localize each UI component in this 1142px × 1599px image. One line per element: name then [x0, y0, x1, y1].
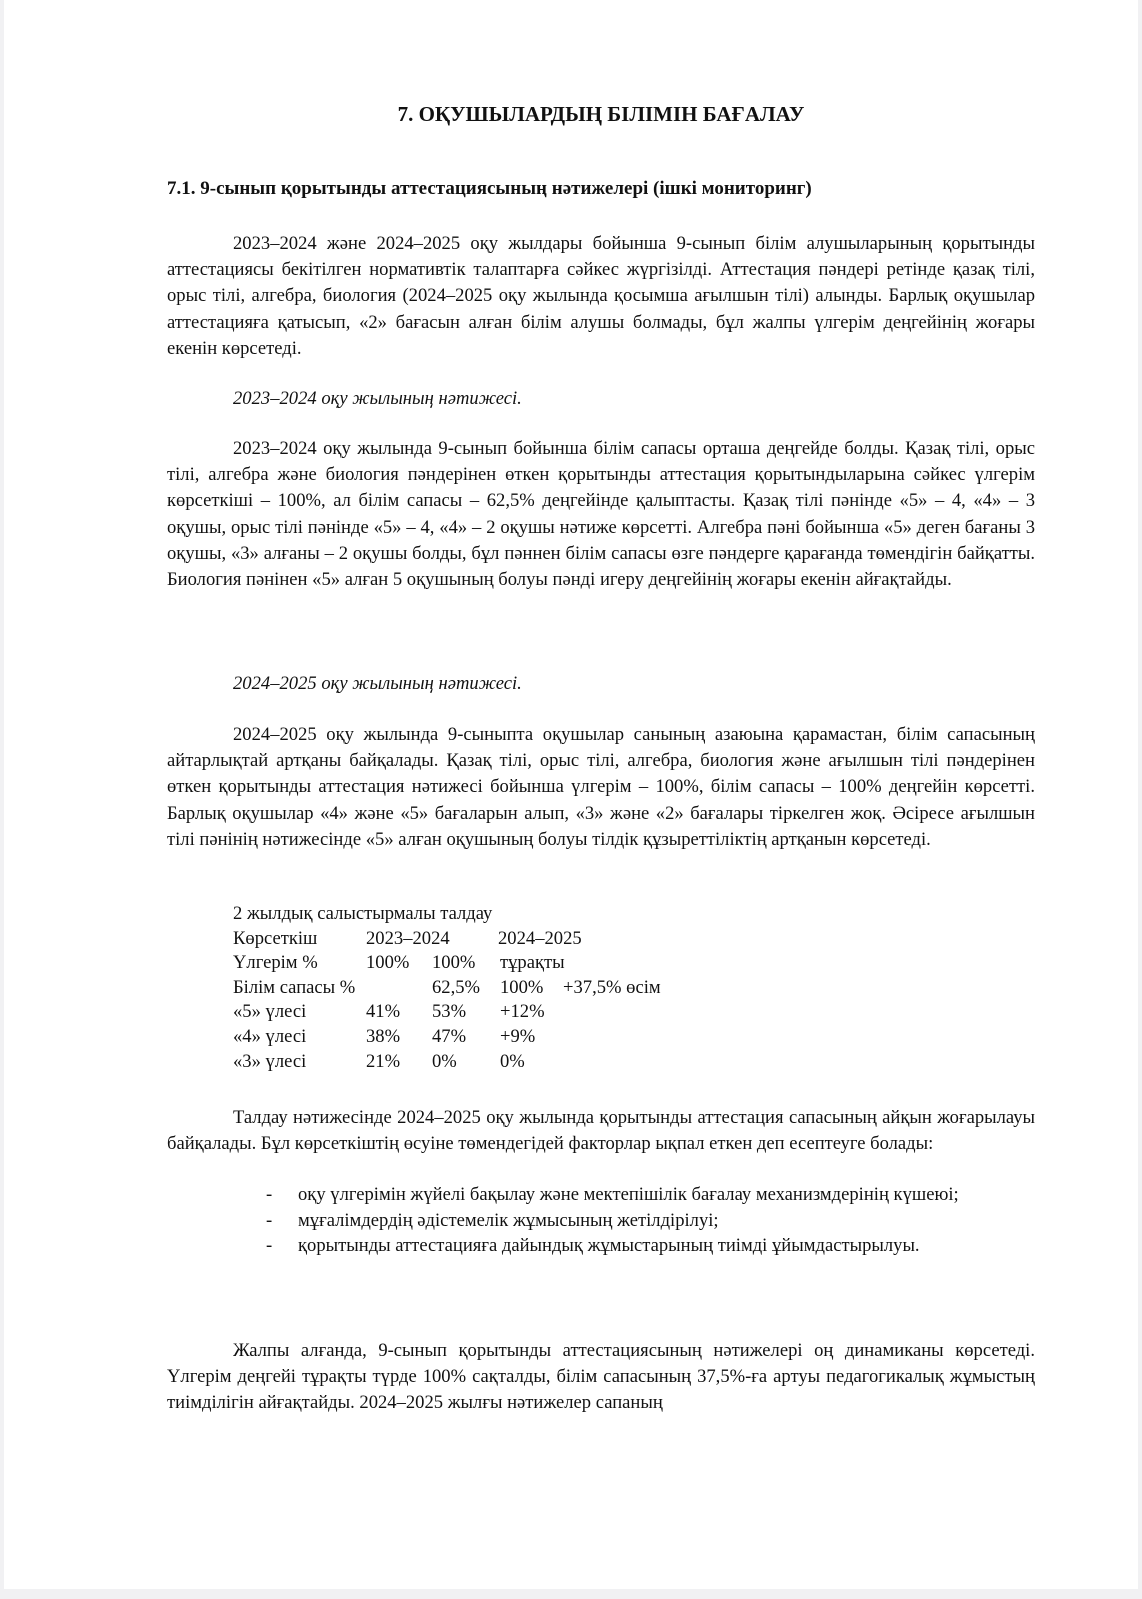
row-value: 62,5%: [432, 976, 500, 1001]
row-label: «5» үлесі: [233, 1000, 366, 1025]
row-value: тұрақты: [500, 951, 566, 976]
row-value: +12%: [500, 1000, 566, 1025]
list-item: - оқу үлгерімін жүйелі бақылау және мект…: [266, 1182, 1035, 1208]
section-title: 7. ОҚУШЫЛАРДЫҢ БІЛІМІН БАҒАЛАУ: [4, 100, 1138, 128]
year-2024-heading: 2024–2025 оқу жылының нәтижесі.: [233, 671, 522, 697]
row-value: 21%: [366, 1050, 432, 1075]
list-item: - қорытынды аттестацияға дайындық жұмыст…: [266, 1233, 1035, 1259]
year-2023-paragraph: 2023–2024 оқу жылында 9-сынып бойынша бі…: [167, 436, 1035, 593]
comparison-header-row: Көрсеткіш 2023–2024 2024–2025: [233, 927, 661, 952]
intro-paragraph: 2023–2024 және 2024–2025 оқу жылдары бой…: [167, 231, 1035, 362]
conclusion-paragraph: Жалпы алғанда, 9-сынып қорытынды аттеста…: [167, 1338, 1035, 1417]
comparison-row: «4» үлесі 38% 47% +9%: [233, 1025, 661, 1050]
row-label: «3» үлесі: [233, 1050, 366, 1075]
bullet-dash: -: [266, 1182, 272, 1208]
row-value: 53%: [432, 1000, 500, 1025]
year-2023-heading: 2023–2024 оқу жылының нәтижесі.: [233, 386, 522, 412]
row-value: 100%: [366, 951, 432, 976]
comparison-row: Үлгерім % 100% 100% тұрақты: [233, 951, 661, 976]
list-item: - мұғалімдердің әдістемелік жұмысының же…: [266, 1208, 1035, 1234]
factors-list: - оқу үлгерімін жүйелі бақылау және мект…: [266, 1182, 1035, 1259]
comparison-row: «5» үлесі 41% 53% +12%: [233, 1000, 661, 1025]
header-cell: 2024–2025: [498, 927, 564, 952]
bullet-dash: -: [266, 1233, 272, 1259]
comparison-caption: 2 жылдық салыстырмалы талдау: [233, 902, 661, 927]
subsection-title: 7.1. 9-сынып қорытынды аттестациясының н…: [167, 176, 812, 202]
row-value: 0%: [500, 1050, 566, 1075]
list-item-text: оқу үлгерімін жүйелі бақылау және мектеп…: [298, 1184, 959, 1205]
row-label: Білім сапасы %: [233, 976, 432, 1001]
list-item-text: мұғалімдердің әдістемелік жұмысының жеті…: [298, 1210, 719, 1231]
row-value: 100%: [432, 951, 500, 976]
row-value: 47%: [432, 1025, 500, 1050]
document-page: 7. ОҚУШЫЛАРДЫҢ БІЛІМІН БАҒАЛАУ 7.1. 9-сы…: [4, 0, 1138, 1589]
header-cell: Көрсеткіш: [233, 927, 366, 952]
analysis-paragraph: Талдау нәтижесінде 2024–2025 оқу жылында…: [167, 1105, 1035, 1157]
bullet-dash: -: [266, 1208, 272, 1234]
row-value: 38%: [366, 1025, 432, 1050]
year-2024-paragraph: 2024–2025 оқу жылында 9-сыныпта оқушылар…: [167, 722, 1035, 853]
row-label: Үлгерім %: [233, 951, 366, 976]
row-value: 100%: [500, 976, 563, 1001]
header-cell: 2023–2024: [366, 927, 498, 952]
row-label: «4» үлесі: [233, 1025, 366, 1050]
row-value: 41%: [366, 1000, 432, 1025]
row-value: 0%: [432, 1050, 500, 1075]
comparison-row: «3» үлесі 21% 0% 0%: [233, 1050, 661, 1075]
list-item-text: қорытынды аттестацияға дайындық жұмыстар…: [298, 1235, 920, 1256]
comparison-table: 2 жылдық салыстырмалы талдау Көрсеткіш 2…: [233, 902, 661, 1074]
comparison-row: Білім сапасы % 62,5% 100% +37,5% өсім: [233, 976, 661, 1001]
row-value: +9%: [500, 1025, 566, 1050]
row-value: +37,5% өсім: [563, 976, 661, 1001]
